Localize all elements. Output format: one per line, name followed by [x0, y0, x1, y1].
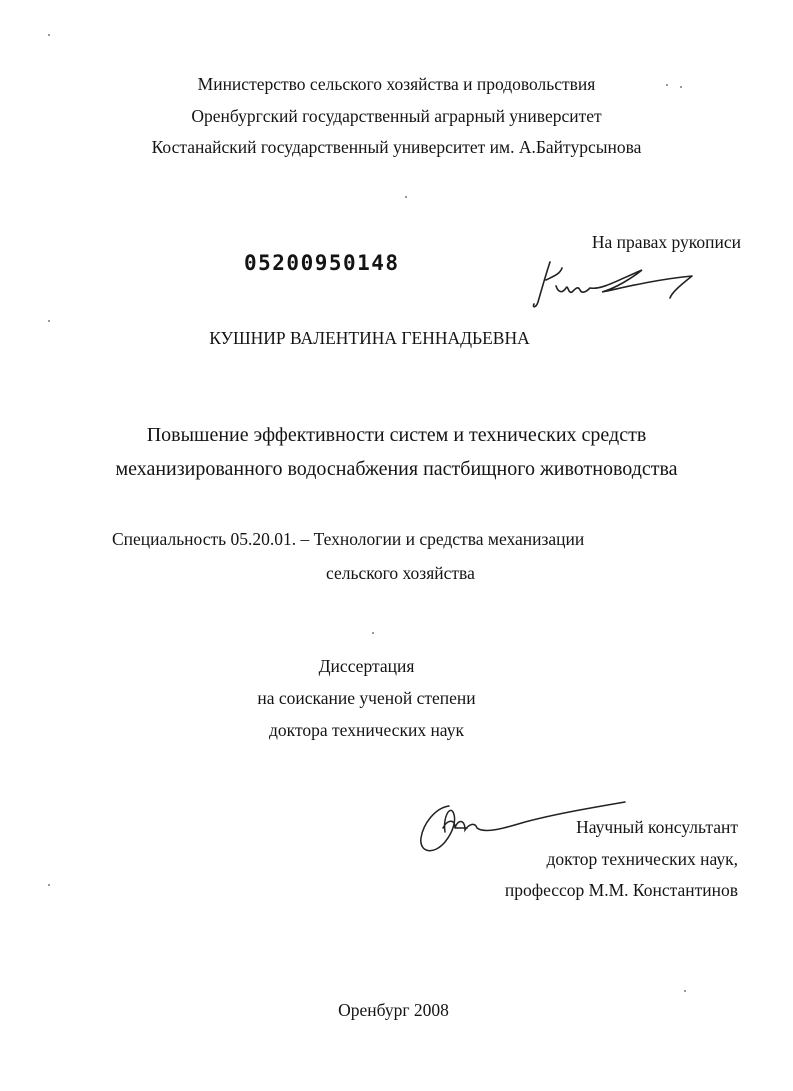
- consultant-name: профессор М.М. Константинов: [505, 880, 738, 900]
- scan-speck: [48, 34, 50, 36]
- manuscript-note: На правах рукописи: [592, 232, 741, 252]
- specialty-line-1: Специальность 05.20.01. – Технологии и с…: [112, 529, 584, 549]
- scan-speck: [48, 884, 50, 886]
- scan-speck: [680, 86, 682, 88]
- university-name-2: Костанайский государственный университет…: [0, 137, 793, 157]
- scan-speck: [684, 990, 686, 992]
- author-signature: [532, 258, 702, 314]
- degree-line-2: на соискание ученой степени: [0, 688, 763, 708]
- university-name-1: Оренбургский государственный аграрный ун…: [0, 106, 793, 126]
- degree-line-1: Диссертация: [0, 656, 763, 676]
- city-year: Оренбург 2008: [0, 1000, 790, 1020]
- consultant-role: Научный консультант: [576, 817, 738, 837]
- dissertation-title-line-1: Повышение эффективности систем и техниче…: [0, 423, 793, 447]
- scan-speck: [666, 84, 668, 86]
- specialty-line-2: сельского хозяйства: [326, 563, 475, 583]
- dissertation-title-line-2: механизированного водоснабжения пастбищн…: [0, 457, 793, 481]
- degree-line-3: доктора технических наук: [0, 720, 763, 740]
- registration-number: 05200950148: [244, 253, 400, 273]
- scan-speck: [372, 632, 374, 634]
- ministry-name: Министерство сельского хозяйства и продо…: [0, 74, 793, 94]
- consultant-degree: доктор технических наук,: [546, 849, 738, 869]
- scan-speck: [405, 196, 407, 198]
- author-name: КУШНИР ВАЛЕНТИНА ГЕННАДЬЕВНА: [0, 328, 766, 348]
- scan-speck: [48, 320, 50, 322]
